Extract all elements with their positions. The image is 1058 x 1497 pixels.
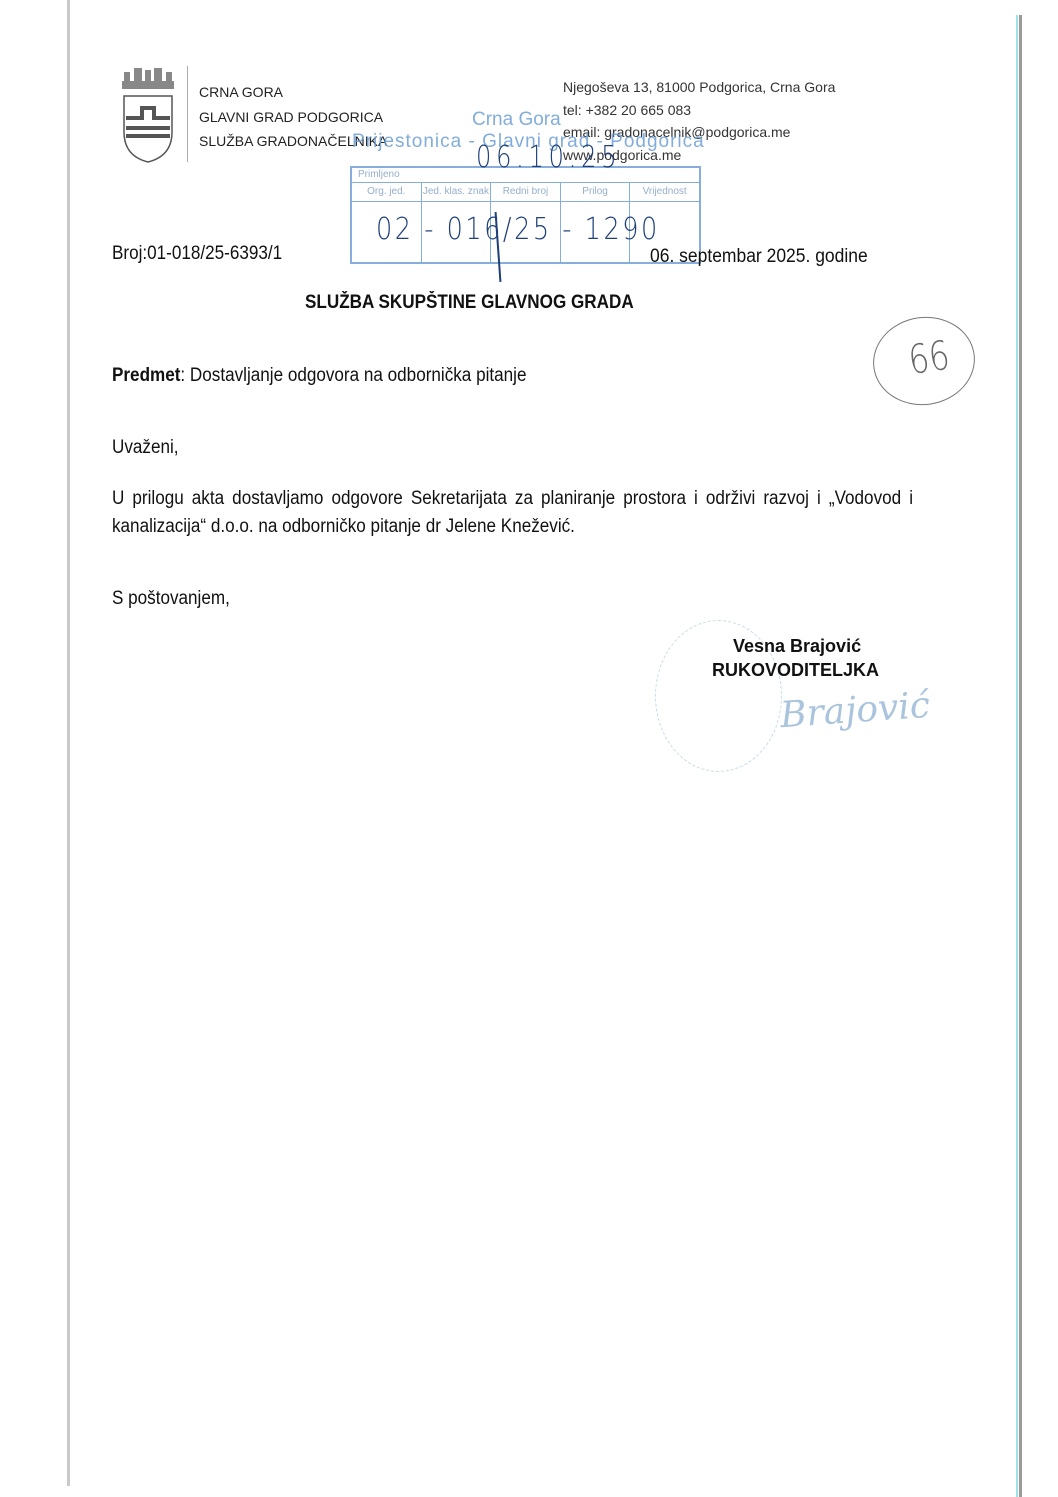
stamp-col-class: Jed. klas. znak xyxy=(422,183,492,201)
header-divider xyxy=(187,66,188,162)
stamp-col-org: Org. jed. xyxy=(352,183,422,201)
subject-label: Predmet xyxy=(112,365,180,386)
page-edge-right xyxy=(1019,15,1022,1497)
handwritten-signature: Brajović xyxy=(779,685,931,736)
contact-address: Njegoševa 13, 81000 Podgorica, Crna Gora xyxy=(563,76,835,99)
stamp-col-number: Redni broj xyxy=(491,183,561,201)
subject-text: : Dostavljanje odgovora na odbornička pi… xyxy=(180,365,526,386)
document-date: 06. septembar 2025. godine xyxy=(650,246,868,268)
contact-tel: tel: +382 20 665 083 xyxy=(563,99,835,122)
org-country: CRNA GORA xyxy=(199,80,387,105)
reference-number: Broj:01-018/25-6393/1 xyxy=(112,243,282,265)
stamp-col-attachment: Prilog xyxy=(561,183,631,201)
stamp-registry-number: 02 - 016/25 - 1290 xyxy=(376,212,660,247)
page-mark-circle: 66 xyxy=(867,310,980,411)
page-mark: 66 xyxy=(906,333,953,384)
signatory-name: Vesna Brajović xyxy=(733,636,861,657)
closing: S poštovanjem, xyxy=(112,588,230,610)
page-edge-right-tint xyxy=(1016,15,1018,1497)
signatory-title: RUKOVODITELJKA xyxy=(712,660,879,681)
stamp-title-line1: Crna Gora xyxy=(472,110,561,130)
stamp-column-headers: Org. jed. Jed. klas. znak Redni broj Pri… xyxy=(352,183,699,202)
salutation: Uvaženi, xyxy=(112,437,179,459)
stamp-col-value: Vrijednost xyxy=(630,183,699,201)
recipient: SLUŽBA SKUPŠTINE GLAVNOG GRADA xyxy=(305,292,634,314)
subject-line: Predmet: Dostavljanje odgovora na odborn… xyxy=(112,365,526,387)
body-paragraph: U prilogu akta dostavljamo odgovore Sekr… xyxy=(112,485,913,541)
page-edge-left xyxy=(67,0,70,1486)
stamp-received-date: 06.10.25 xyxy=(476,140,621,175)
org-city: GLAVNI GRAD PODGORICA xyxy=(199,105,387,130)
coat-of-arms-icon xyxy=(118,64,178,164)
